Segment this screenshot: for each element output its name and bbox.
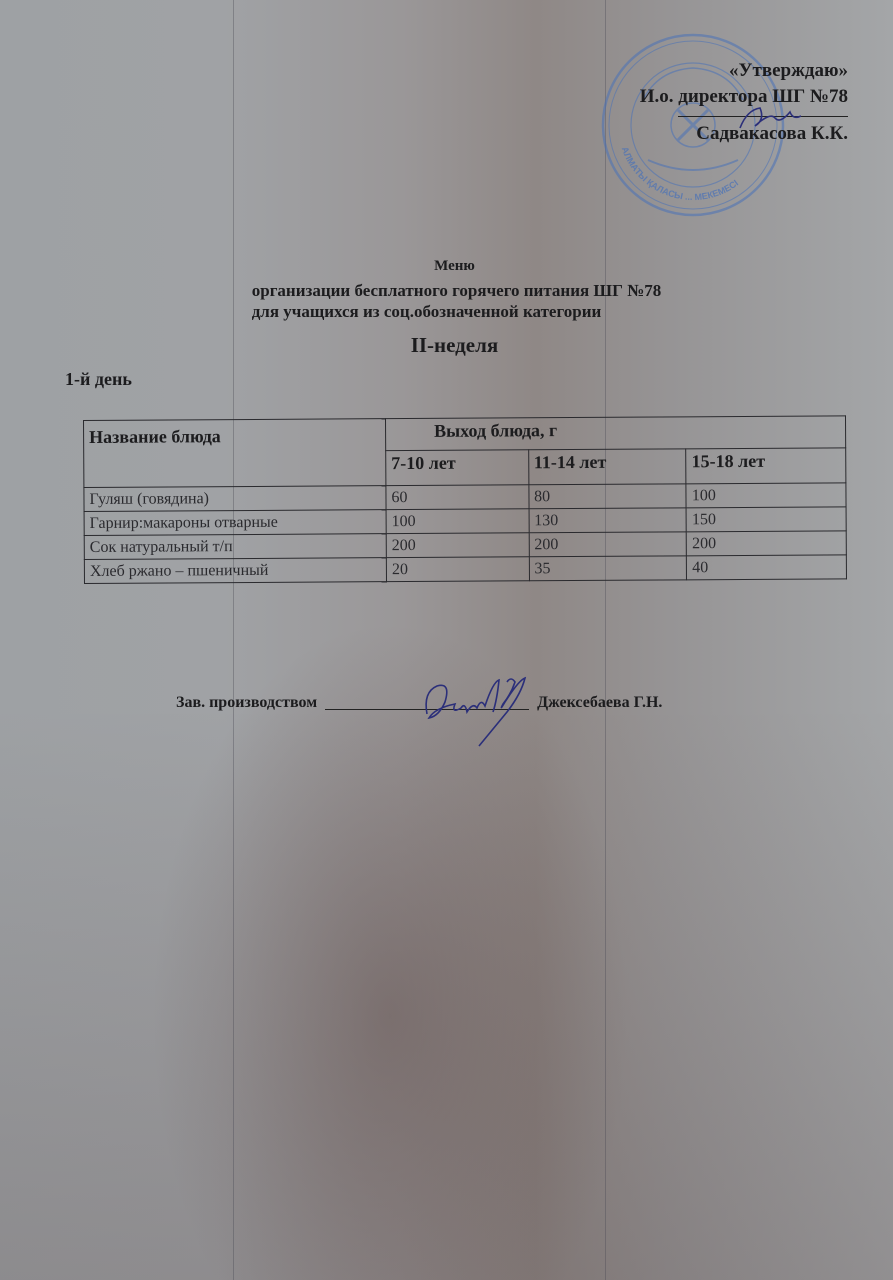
dish-name: Гуляш (говядина)	[84, 486, 386, 512]
yield-value: 200	[687, 531, 847, 556]
yield-value: 60	[386, 485, 529, 510]
week-label: II-неделя	[8, 333, 893, 358]
document-subtitle-1: организации бесплатного горячего питания…	[0, 281, 893, 301]
footer-role: Зав. производством	[176, 694, 317, 711]
table-row: Хлеб ржано – пшеничный 20 35 40	[84, 555, 846, 584]
photo-shadow	[150, 620, 630, 1280]
column-header-age-15-18: 15-18 лет	[686, 448, 846, 484]
yield-value: 80	[529, 484, 687, 509]
yield-value: 200	[529, 532, 687, 557]
column-header-age-11-14: 11-14 лет	[528, 449, 686, 485]
footer-name: Джексебаева Г.Н.	[537, 694, 662, 711]
yield-value: 100	[686, 483, 846, 508]
paper-fold-line	[233, 0, 234, 1280]
day-label: 1-й день	[65, 369, 132, 390]
director-signature-icon	[735, 100, 805, 134]
approval-heading: «Утверждаю»	[640, 58, 848, 84]
dish-name: Гарнир:макароны отварные	[84, 510, 386, 536]
yield-value: 200	[386, 533, 529, 558]
dish-name: Хлеб ржано – пшеничный	[84, 558, 386, 584]
yield-value: 20	[386, 557, 529, 582]
yield-value: 130	[529, 508, 687, 533]
yield-value: 150	[686, 507, 846, 532]
yield-value: 35	[529, 556, 687, 581]
menu-table: Название блюда Выход блюда, г 7-10 лет 1…	[83, 415, 847, 584]
yield-value: 40	[687, 555, 847, 580]
column-header-dish-name: Название блюда	[84, 419, 386, 488]
manager-signature-icon	[415, 672, 545, 752]
document-subtitle-2: для учащихся из соц.обозначенной категор…	[0, 302, 873, 322]
document-title: Меню	[8, 258, 893, 275]
column-header-yield: Выход блюда, г	[385, 416, 845, 451]
yield-value: 100	[386, 509, 529, 534]
dish-name: Сок натуральный т/п	[84, 534, 386, 560]
column-header-age-7-10: 7-10 лет	[386, 450, 529, 486]
